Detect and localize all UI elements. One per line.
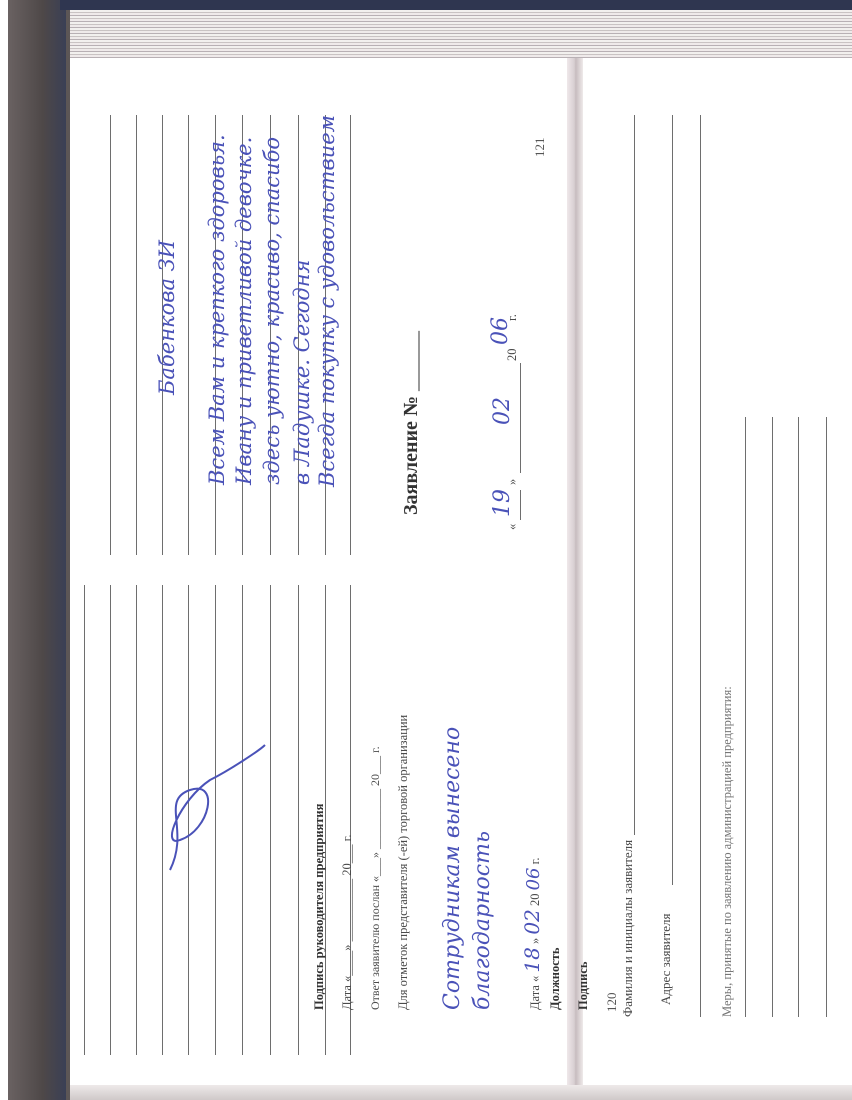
manager-signature-icon xyxy=(150,740,270,880)
date-day: 18 xyxy=(520,947,544,972)
manager-signature-heading: Подпись руководителя предприятия xyxy=(312,804,327,1010)
rep-notes-handwritten-1: Сотрудникам вынесено xyxy=(440,727,465,1010)
book-binding xyxy=(8,0,66,1100)
page-stack-edge-bottom xyxy=(70,1085,852,1100)
book-cover-edge xyxy=(60,0,852,10)
signature-label: Подпись xyxy=(576,962,591,1011)
date-year-prefix: 20 xyxy=(528,894,542,907)
rep-notes-handwritten-2: благодарность xyxy=(470,831,495,1010)
scan-edge xyxy=(0,0,8,1100)
date-suffix: г. xyxy=(528,858,542,865)
date-month: 02 xyxy=(520,909,544,934)
date-line[interactable]: Дата «____» __________ 20___ г. xyxy=(340,834,355,1010)
reply-sent-line[interactable]: Ответ заявителю послан «___» __________ … xyxy=(368,746,383,1010)
date-label: Дата « xyxy=(528,976,542,1010)
position-label: Должность xyxy=(548,947,563,1010)
page-number: 120 xyxy=(604,993,620,1013)
page-stack-edge xyxy=(70,10,852,58)
date-year: 06 xyxy=(523,868,544,891)
page-120-lower xyxy=(580,58,852,1085)
signed-date-row: Дата « 18 » 02 20 06 г. xyxy=(520,858,544,1010)
rep-notes-label: Для отметок представителя (-ей) торговой… xyxy=(396,715,411,1010)
